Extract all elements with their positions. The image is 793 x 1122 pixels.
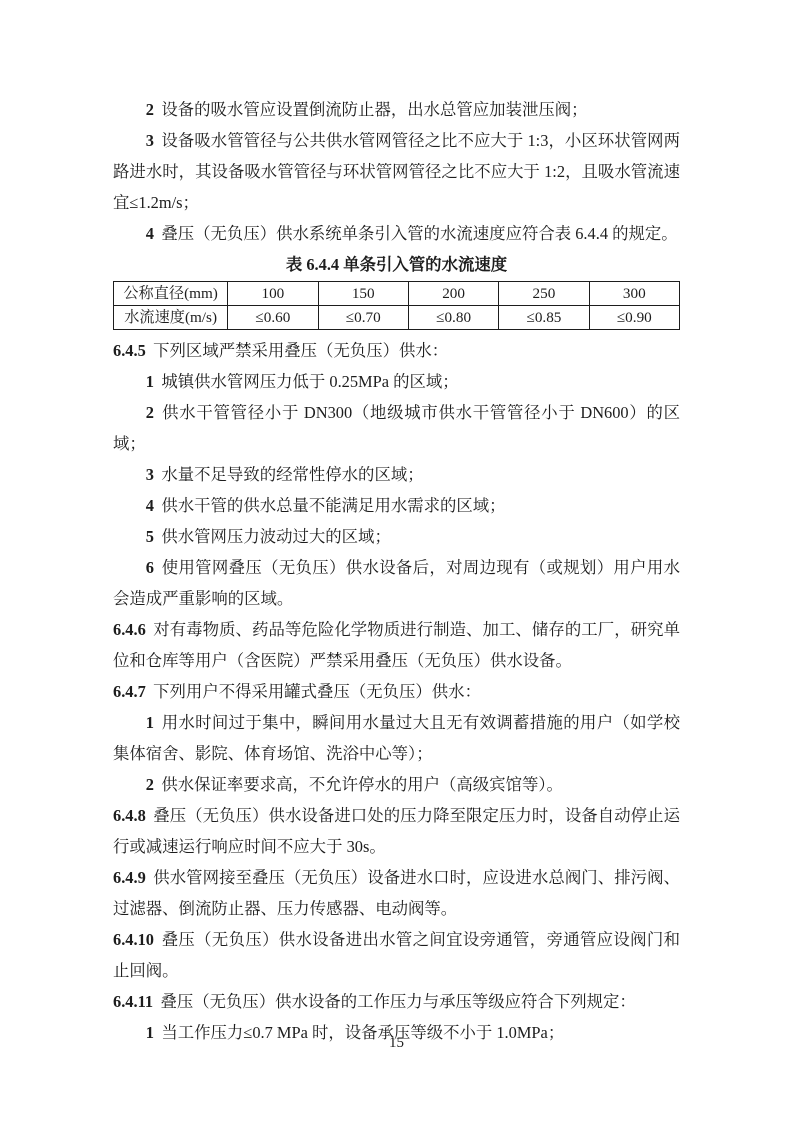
table-header-cell: 200: [408, 282, 498, 306]
paragraph-item: 1城镇供水管网压力低于 0.25MPa 的区域；: [113, 366, 680, 397]
table-value-cell: ≤0.70: [318, 306, 408, 330]
clause-paragraph: 6.4.8叠压（无负压）供水设备进口处的压力降至限定压力时，设备自动停止运行或减…: [113, 800, 680, 862]
table-value-cell: ≤0.60: [228, 306, 318, 330]
page-footer: 15: [0, 1033, 793, 1053]
item-number: 3: [146, 465, 154, 484]
paragraph-text: 水量不足导致的经常性停水的区域；: [161, 465, 423, 484]
paragraph-text: 使用管网叠压（无负压）供水设备后，对周边现有（或规划）用户用水会造成严重影响的区…: [113, 558, 680, 608]
table-value-cell: ≤0.85: [499, 306, 589, 330]
paragraph-item: 1用水时间过于集中，瞬间用水量过大且无有效调蓄措施的用户（如学校集体宿舍、影院、…: [113, 707, 680, 769]
paragraph-text: 下列区域严禁采用叠压（无负压）供水：: [153, 341, 448, 360]
paragraph-text: 叠压（无负压）供水设备进口处的压力降至限定压力时，设备自动停止运行或减速运行响应…: [113, 806, 680, 856]
paragraph-text: 供水干管的供水总量不能满足用水需求的区域；: [161, 496, 505, 515]
clause-number: 6.4.9: [113, 868, 146, 887]
paragraph-item: 2供水干管管径小于 DN300（地级城市供水干管管径小于 DN600）的区域；: [113, 397, 680, 459]
paragraph-text: 供水保证率要求高，不允许停水的用户（高级宾馆等）。: [161, 775, 563, 794]
paragraph-item: 4供水干管的供水总量不能满足用水需求的区域；: [113, 490, 680, 521]
page-number: 15: [389, 1035, 404, 1051]
item-number: 3: [146, 131, 154, 150]
paragraph-text: 城镇供水管网压力低于 0.25MPa 的区域；: [161, 372, 458, 391]
paragraph-text: 设备吸水管管径与公共供水管网管径之比不应大于 1:3，小区环状管网两路进水时，其…: [113, 131, 680, 212]
paragraph-text: 用水时间过于集中，瞬间用水量过大且无有效调蓄措施的用户（如学校集体宿舍、影院、体…: [113, 713, 680, 763]
clause-paragraph: 6.4.11叠压（无负压）供水设备的工作压力与承压等级应符合下列规定：: [113, 986, 680, 1017]
document-page: 2设备的吸水管应设置倒流防止器，出水总管应加装泄压阀； 3设备吸水管管径与公共供…: [0, 0, 793, 1122]
item-number: 4: [146, 496, 154, 515]
item-number: 6: [146, 558, 154, 577]
clause-number: 6.4.5: [113, 341, 146, 360]
clause-paragraph: 6.4.6对有毒物质、药品等危险化学物质进行制造、加工、储存的工厂，研究单位和仓…: [113, 614, 680, 676]
table-header-row: 公称直径(mm) 100 150 200 250 300: [114, 282, 680, 306]
table-header-cell: 300: [589, 282, 679, 306]
paragraph-item: 4叠压（无负压）供水系统单条引入管的水流速度应符合表 6.4.4 的规定。: [113, 218, 680, 249]
paragraph-item: 3设备吸水管管径与公共供水管网管径之比不应大于 1:3，小区环状管网两路进水时，…: [113, 125, 680, 218]
paragraph-text: 叠压（无负压）供水系统单条引入管的水流速度应符合表 6.4.4 的规定。: [161, 224, 677, 243]
table-header-cell: 150: [318, 282, 408, 306]
clause-number: 6.4.8: [113, 806, 146, 825]
clause-number: 6.4.11: [113, 992, 153, 1011]
paragraph-item: 6使用管网叠压（无负压）供水设备后，对周边现有（或规划）用户用水会造成严重影响的…: [113, 552, 680, 614]
paragraph-text: 叠压（无负压）供水设备进出水管之间宜设旁通管，旁通管应设阀门和止回阀。: [113, 930, 680, 980]
item-number: 2: [146, 100, 154, 119]
item-number: 1: [146, 372, 154, 391]
table-value-cell: ≤0.80: [408, 306, 498, 330]
table-header-cell: 公称直径(mm): [114, 282, 228, 306]
document-body: 2设备的吸水管应设置倒流防止器，出水总管应加装泄压阀； 3设备吸水管管径与公共供…: [113, 94, 680, 1048]
clause-number: 6.4.7: [113, 682, 146, 701]
clause-paragraph: 6.4.9供水管网接至叠压（无负压）设备进水口时，应设进水总阀门、排污阀、过滤器…: [113, 862, 680, 924]
clause-number: 6.4.10: [113, 930, 154, 949]
paragraph-text: 供水管网接至叠压（无负压）设备进水口时，应设进水总阀门、排污阀、过滤器、倒流防止…: [113, 868, 680, 918]
paragraph-item: 3水量不足导致的经常性停水的区域；: [113, 459, 680, 490]
item-number: 1: [146, 713, 154, 732]
flow-velocity-table: 公称直径(mm) 100 150 200 250 300 水流速度(m/s) ≤…: [113, 281, 680, 330]
paragraph-text: 下列用户不得采用罐式叠压（无负压）供水：: [153, 682, 481, 701]
table-value-cell: ≤0.90: [589, 306, 679, 330]
table-title: 表 6.4.4 单条引入管的水流速度: [113, 249, 680, 280]
clause-paragraph: 6.4.7下列用户不得采用罐式叠压（无负压）供水：: [113, 676, 680, 707]
item-number: 4: [146, 224, 154, 243]
paragraph-text: 设备的吸水管应设置倒流防止器，出水总管应加装泄压阀；: [161, 100, 587, 119]
table-value-row: 水流速度(m/s) ≤0.60 ≤0.70 ≤0.80 ≤0.85 ≤0.90: [114, 306, 680, 330]
paragraph-text: 供水管网压力波动过大的区域；: [161, 527, 390, 546]
paragraph-item: 2供水保证率要求高，不允许停水的用户（高级宾馆等）。: [113, 769, 680, 800]
item-number: 2: [146, 403, 154, 422]
clause-paragraph: 6.4.10叠压（无负压）供水设备进出水管之间宜设旁通管，旁通管应设阀门和止回阀…: [113, 924, 680, 986]
paragraph-text: 对有毒物质、药品等危险化学物质进行制造、加工、储存的工厂，研究单位和仓库等用户（…: [113, 620, 680, 670]
paragraph-text: 叠压（无负压）供水设备的工作压力与承压等级应符合下列规定：: [160, 992, 635, 1011]
paragraph-text: 供水干管管径小于 DN300（地级城市供水干管管径小于 DN600）的区域；: [113, 403, 680, 453]
table-header-cell: 250: [499, 282, 589, 306]
paragraph-item: 2设备的吸水管应设置倒流防止器，出水总管应加装泄压阀；: [113, 94, 680, 125]
table-value-cell: 水流速度(m/s): [114, 306, 228, 330]
paragraph-item: 5供水管网压力波动过大的区域；: [113, 521, 680, 552]
item-number: 5: [146, 527, 154, 546]
item-number: 2: [146, 775, 154, 794]
table-header-cell: 100: [228, 282, 318, 306]
clause-number: 6.4.6: [113, 620, 146, 639]
clause-paragraph: 6.4.5下列区域严禁采用叠压（无负压）供水：: [113, 335, 680, 366]
